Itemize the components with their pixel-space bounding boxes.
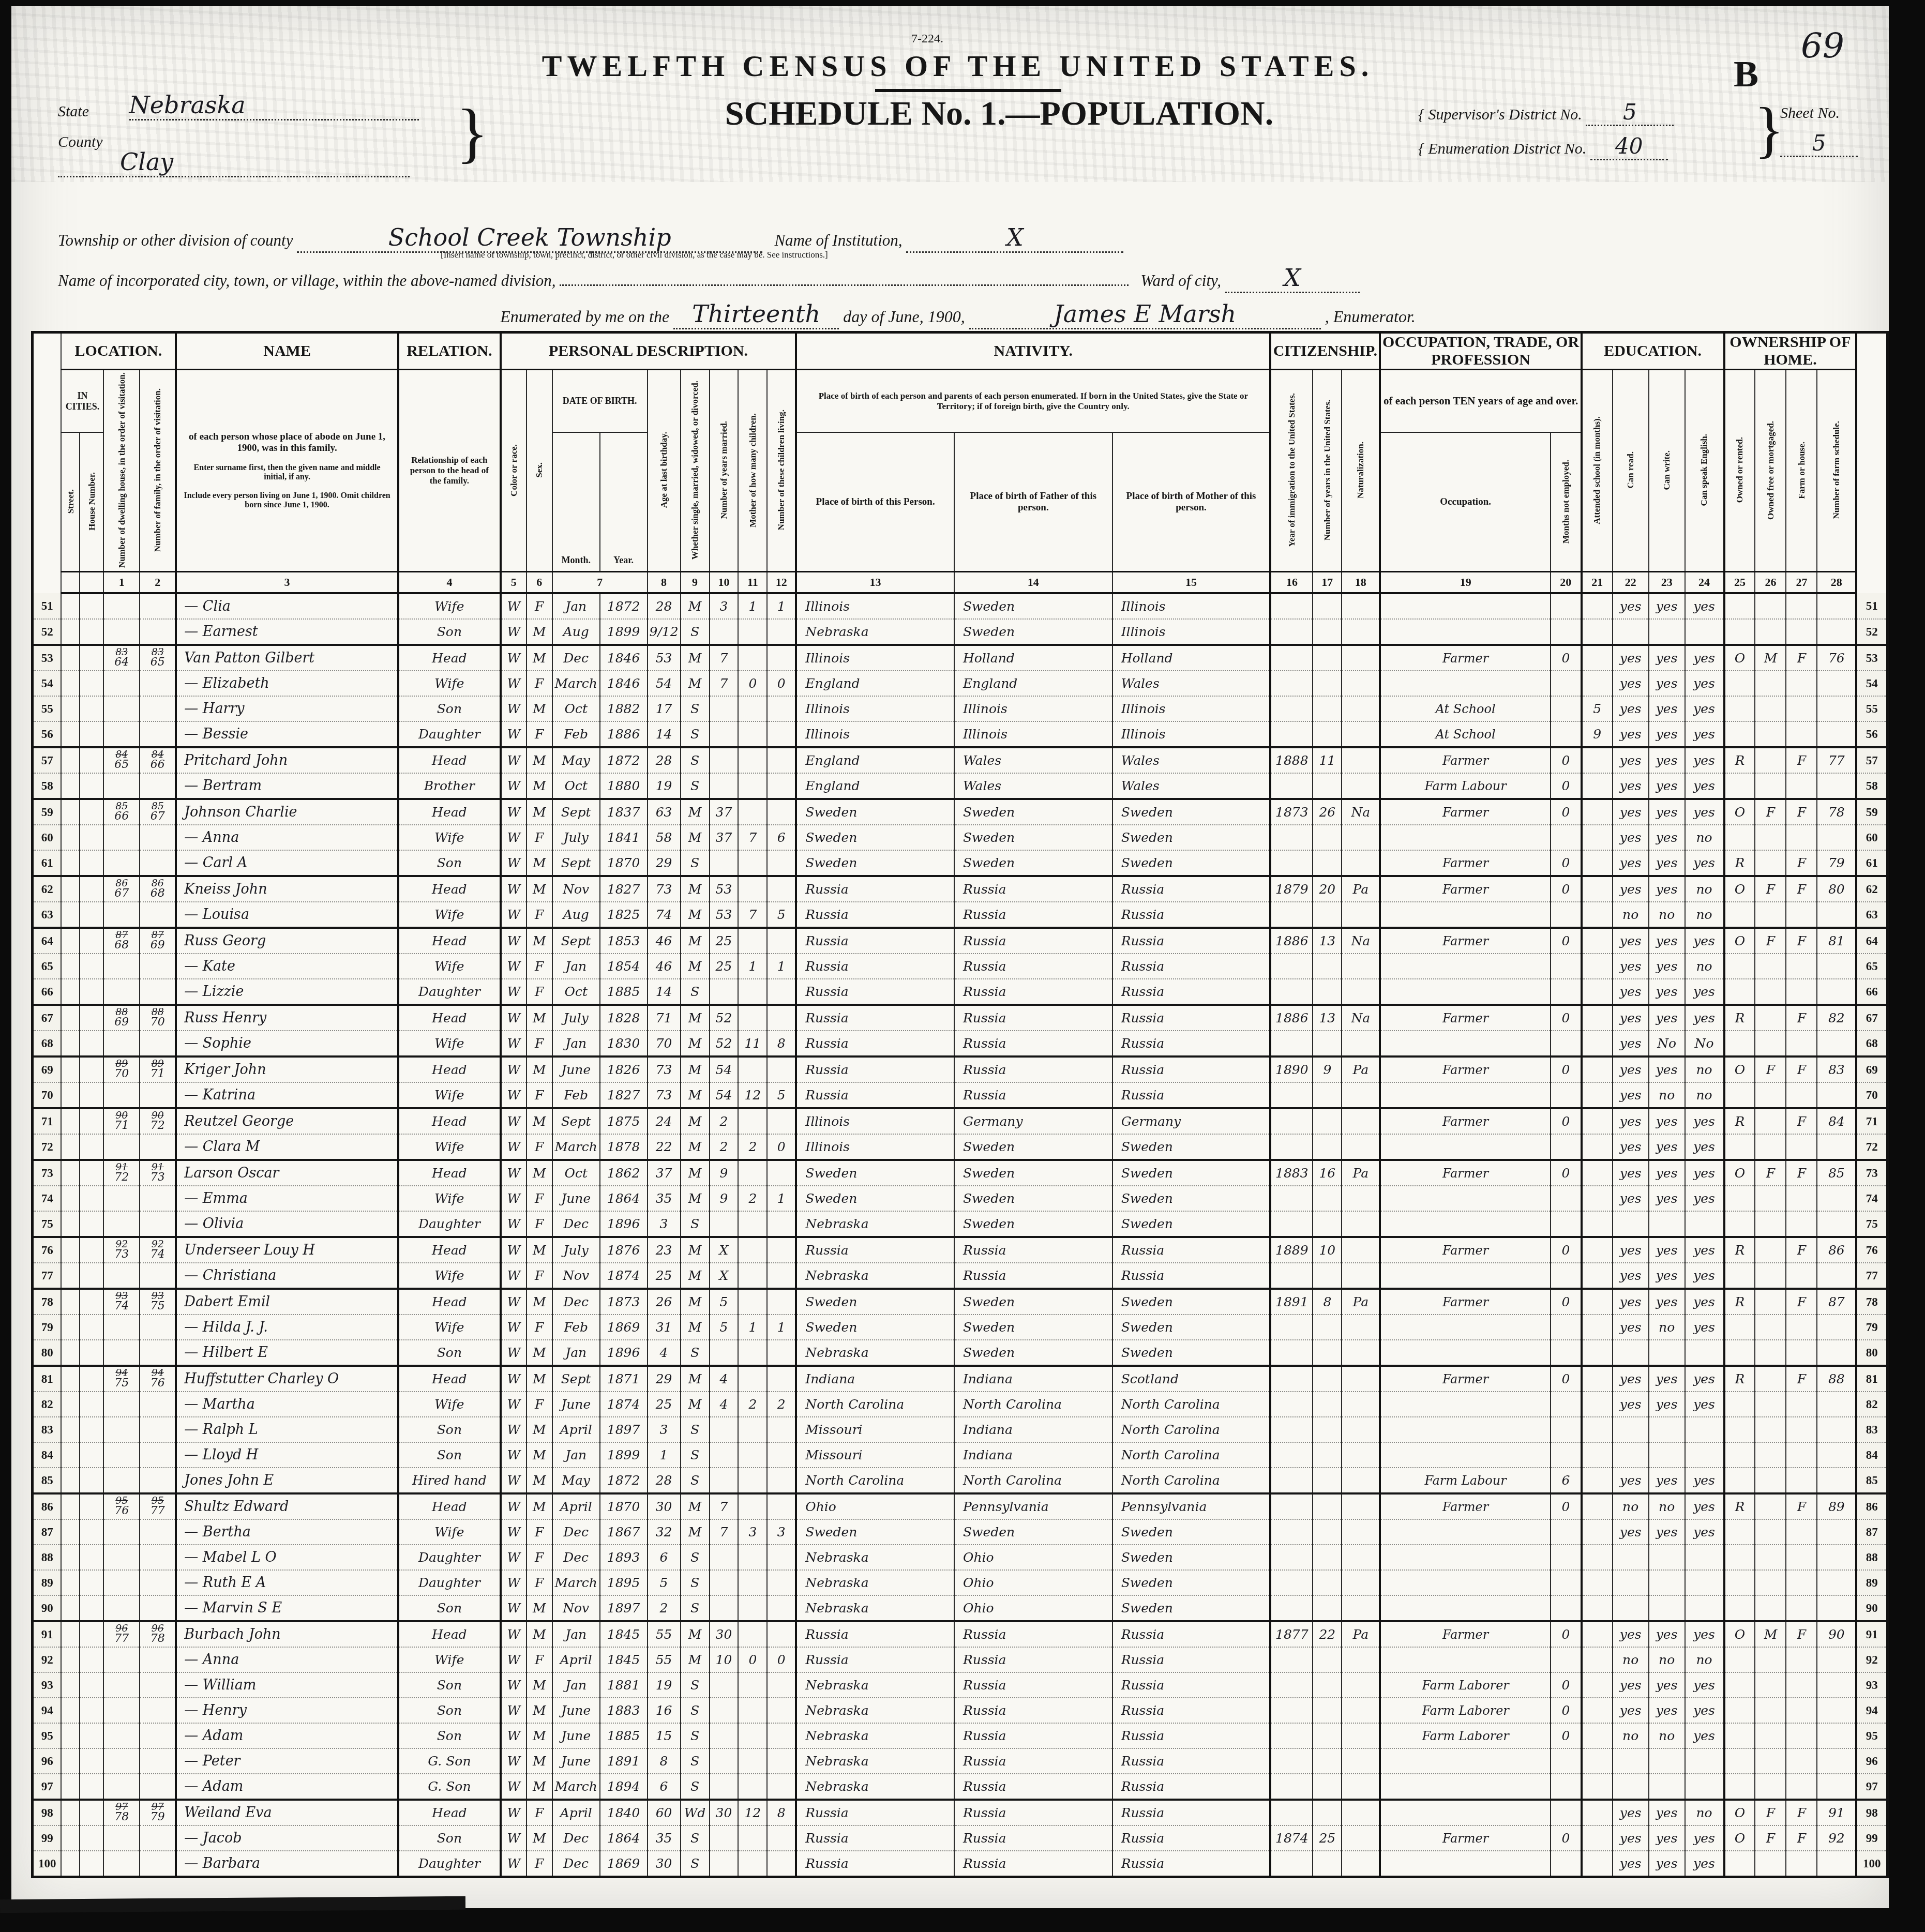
state-label: State [58,103,125,120]
cell-sex: F [527,1851,552,1877]
cell-cl [767,1442,796,1468]
cell-dw [103,721,140,747]
cell-mar: S [681,1595,710,1621]
cell-line-number-right: 54 [1856,671,1887,696]
cell-yus: 13 [1313,928,1342,954]
cell-age: 73 [648,876,681,902]
cell-line-number-right: 82 [1856,1392,1887,1417]
cell-fm [1755,773,1786,799]
cell-wr: yes [1649,1519,1685,1545]
colnum-7: 7 [552,572,648,594]
cell-hn [80,645,103,671]
cell-mar: M [681,799,710,825]
cell-col: W [501,593,527,619]
colnum-14: 14 [954,572,1112,594]
cell-imm [1270,1493,1313,1519]
cell-yr: 1845 [600,1647,648,1672]
cell-yus [1313,1595,1342,1621]
cell-mb [738,799,767,825]
cell-imm [1270,773,1313,799]
table-row: 7190719072Reutzel GeorgeHeadWMSept187524… [33,1108,1888,1134]
cell-st [61,1748,80,1774]
cell-fam [140,1211,176,1237]
cell-rel: Son [398,1417,501,1442]
table-row: 6487688769Russ GeorgHeadWMSept185346M25R… [33,928,1888,954]
table-row: 5383648365Van Patton GilbertHeadWMDec184… [33,645,1888,671]
cell-nat [1342,1315,1380,1340]
cell-wr [1649,1748,1685,1774]
state-value: Nebraska [129,91,419,120]
cell-own [1724,1031,1755,1056]
cell-en [1685,1545,1724,1570]
cell-wr: yes [1649,773,1685,799]
cell-fsn [1817,1082,1856,1108]
table-row: 51— CliaWifeWFJan187228M311IllinoisSwede… [33,593,1888,619]
cell-col: W [501,1519,527,1545]
cell-ym [710,696,739,721]
cell-fsn [1817,1570,1856,1595]
cell-st [61,954,80,979]
cell-yr: 1867 [600,1519,648,1545]
cell-ym: 9 [710,1160,739,1186]
cell-sch: 5 [1582,696,1613,721]
cell-fam [140,1315,176,1340]
cell-age: 15 [648,1723,681,1748]
cell-occ: Farmer [1380,1621,1551,1647]
cell-imm [1270,1545,1313,1570]
cell-fam [140,1851,176,1877]
cell-hn [80,979,103,1005]
cell-nat [1342,1698,1380,1723]
cell-name: Russ Georg [176,928,398,954]
cell-name: — Ralph L [176,1417,398,1442]
cell-dw: 8364 [103,645,140,671]
cell-ym [710,1698,739,1723]
occupation-note: of each person TEN years of age and over… [1380,370,1581,433]
cell-st [61,850,80,876]
cell-rd: yes [1613,1108,1649,1134]
cell-yr: 1825 [600,902,648,928]
cell-fh [1786,1134,1817,1160]
cell-rel: Daughter [398,979,501,1005]
table-row: 61— Carl ASonWMSept187029SSwedenSwedenSw… [33,850,1888,876]
cell-nat [1342,1186,1380,1211]
cell-own [1724,1519,1755,1545]
table-row: 6788698870Russ HenryHeadWMJuly182871M52R… [33,1005,1888,1031]
line-number-column-left [33,333,62,594]
cell-mb [738,1237,767,1263]
cell-mb: 0 [738,1647,767,1672]
cell-yr: 1840 [600,1800,648,1825]
cell-hn [80,1442,103,1468]
section-citizenship: CITIZENSHIP. [1270,333,1380,370]
cell-mne: 0 [1551,1825,1582,1851]
cell-mne [1551,1186,1582,1211]
cell-rd: yes [1613,1134,1649,1160]
cell-fam: 9779 [140,1800,176,1825]
cell-pob: Nebraska [796,619,954,645]
cell-sex: M [527,1468,552,1493]
cell-fh [1786,1417,1817,1442]
cell-wr: yes [1649,850,1685,876]
cell-fsn [1817,721,1856,747]
cell-fsn [1817,902,1856,928]
cell-mb [738,1263,767,1289]
cell-fsn: 79 [1817,850,1856,876]
cell-fh [1786,1082,1817,1108]
cell-mb [738,619,767,645]
cell-pom: Sweden [1112,1315,1271,1340]
cell-sex: M [527,1595,552,1621]
cell-fh [1786,671,1817,696]
cell-own [1724,1698,1755,1723]
cell-mar: M [681,1005,710,1031]
cell-sch [1582,1825,1613,1851]
cell-en [1685,1442,1724,1468]
cell-own [1724,1595,1755,1621]
cell-rd: yes [1613,850,1649,876]
cell-occ: Farmer [1380,1237,1551,1263]
cell-mar: M [681,1134,710,1160]
col-dwelling-number: Number of dwelling house, in the order o… [103,370,140,572]
cell-fam: 9577 [140,1493,176,1519]
cell-mar: S [681,1442,710,1468]
cell-cl [767,1825,796,1851]
cell-fh: F [1786,876,1817,902]
cell-cl [767,1468,796,1493]
cell-dw [103,671,140,696]
cell-pob: Russia [796,1851,954,1877]
cell-mne [1551,825,1582,850]
cell-col: W [501,1211,527,1237]
cell-fsn [1817,1851,1856,1877]
cell-line-number-right: 85 [1856,1468,1887,1493]
cell-nat [1342,1392,1380,1417]
cell-line-number-right: 76 [1856,1237,1887,1263]
cell-fam [140,1774,176,1800]
institution-value: X [906,223,1123,253]
cell-ym: 25 [710,954,739,979]
cell-rd: yes [1613,799,1649,825]
city-line: Name of incorporated city, town, or vill… [58,264,1868,293]
cell-ym: 7 [710,671,739,696]
cell-dw: 8869 [103,1005,140,1031]
cell-occ [1380,954,1551,979]
cell-pof: Sweden [954,1340,1112,1366]
cell-rel: Wife [398,1315,501,1340]
cell-sex: F [527,1545,552,1570]
cell-yus [1313,902,1342,928]
cell-yr: 1897 [600,1595,648,1621]
cell-dw [103,1186,140,1211]
cell-wr [1649,1545,1685,1570]
table-row: 85Jones John EHired handWMMay187228SNort… [33,1468,1888,1493]
cell-line-number: 55 [33,696,62,721]
cell-wr [1649,1417,1685,1442]
cell-imm [1270,1672,1313,1698]
cell-mo: Jan [552,1621,600,1647]
colnum-19: 19 [1380,572,1551,594]
cell-mo: July [552,1237,600,1263]
cell-imm [1270,1748,1313,1774]
cell-fam [140,1672,176,1698]
cell-mo: Aug [552,619,600,645]
cell-ym [710,1595,739,1621]
cell-en: yes [1685,696,1724,721]
cell-fam [140,825,176,850]
cell-line-number-right: 94 [1856,1698,1887,1723]
cell-line-number: 83 [33,1417,62,1442]
cell-line-number-right: 72 [1856,1134,1887,1160]
cell-imm [1270,1519,1313,1545]
cell-hn [80,1545,103,1570]
cell-yr: 1830 [600,1031,648,1056]
cell-yus [1313,1647,1342,1672]
cell-fm [1755,1442,1786,1468]
cell-pom: North Carolina [1112,1442,1271,1468]
cell-ym: 5 [710,1289,739,1315]
cell-mb: 12 [738,1800,767,1825]
cell-rel: Daughter [398,721,501,747]
cell-fam [140,1417,176,1442]
section-occupation: OCCUPATION, TRADE, OR PROFESSION [1380,333,1581,370]
cell-en: yes [1685,1005,1724,1031]
cell-mne [1551,1851,1582,1877]
cell-fsn [1817,1186,1856,1211]
cell-cl [767,1774,796,1800]
cell-fam: 8971 [140,1056,176,1082]
cell-mne [1551,1340,1582,1366]
cell-yr: 1827 [600,876,648,902]
cell-occ: At School [1380,721,1551,747]
cell-yus [1313,671,1342,696]
cell-mne: 0 [1551,1237,1582,1263]
cell-dw [103,1748,140,1774]
cell-nat [1342,1134,1380,1160]
cell-occ: Farmer [1380,928,1551,954]
cell-pob: Missouri [796,1442,954,1468]
cell-rel: Son [398,1723,501,1748]
cell-fh: F [1786,1056,1817,1082]
cell-rel: Head [398,1005,501,1031]
cell-fsn: 88 [1817,1366,1856,1392]
cell-line-number: 94 [33,1698,62,1723]
table-row: 68— SophieWifeWFJan183070M52118RussiaRus… [33,1031,1888,1056]
cell-pob: Ohio [796,1493,954,1519]
cell-pof: Sweden [954,1211,1112,1237]
cell-mo: Oct [552,1160,600,1186]
cell-cl: 1 [767,1315,796,1340]
cell-imm [1270,1082,1313,1108]
cell-line-number-right: 73 [1856,1160,1887,1186]
cell-rd: yes [1613,1468,1649,1493]
cell-sch [1582,645,1613,671]
cell-col: W [501,1289,527,1315]
cell-rel: Son [398,850,501,876]
cell-line-number: 88 [33,1545,62,1570]
cell-occ [1380,1519,1551,1545]
cell-en: No [1685,1031,1724,1056]
cell-rd: yes [1613,1392,1649,1417]
table-row: 5985668567Johnson CharlieHeadWMSept18376… [33,799,1888,825]
cell-cl [767,1366,796,1392]
cell-mne: 0 [1551,1493,1582,1519]
cell-cl [767,1340,796,1366]
cell-line-number-right: 58 [1856,773,1887,799]
colnum-22: 22 [1613,572,1649,594]
cell-rd [1613,1570,1649,1595]
col-can-speak-english: Can speak English. [1685,370,1724,572]
cell-fam [140,979,176,1005]
cell-yr: 1874 [600,1263,648,1289]
cell-occ [1380,671,1551,696]
cell-line-number-right: 70 [1856,1082,1887,1108]
cell-hn [80,1825,103,1851]
cell-dw: 8970 [103,1056,140,1082]
cell-fam: 9173 [140,1160,176,1186]
cell-rd: yes [1613,1082,1649,1108]
cell-nat [1342,1237,1380,1263]
cell-rel: Wife [398,671,501,696]
cell-age: 14 [648,979,681,1005]
cell-hn [80,876,103,902]
cell-dw [103,1825,140,1851]
cell-pom: Russia [1112,1851,1271,1877]
cell-st [61,593,80,619]
cell-mo: Oct [552,979,600,1005]
cell-pob: North Carolina [796,1392,954,1417]
cell-age: 16 [648,1698,681,1723]
cell-pom: North Carolina [1112,1468,1271,1493]
cell-sex: M [527,1748,552,1774]
cell-mo: Jan [552,1442,600,1468]
cell-mne [1551,1570,1582,1595]
cell-col: W [501,1570,527,1595]
cell-st [61,1005,80,1031]
cell-en [1685,1417,1724,1442]
cell-mar: S [681,696,710,721]
cell-fh [1786,1748,1817,1774]
cell-imm [1270,1774,1313,1800]
cell-st [61,1289,80,1315]
cell-en: yes [1685,979,1724,1005]
cell-fm [1755,1289,1786,1315]
cell-occ: Farmer [1380,1160,1551,1186]
cell-hn [80,850,103,876]
cell-fh [1786,1263,1817,1289]
cell-pof: Sweden [954,1519,1112,1545]
cell-sch [1582,799,1613,825]
cell-line-number: 67 [33,1005,62,1031]
cell-en: no [1685,1800,1724,1825]
table-row: 66— LizzieDaughterWFOct188514SRussiaRuss… [33,979,1888,1005]
cell-sex: M [527,645,552,671]
cell-col: W [501,1108,527,1134]
cell-line-number: 54 [33,671,62,696]
cell-dw: 8768 [103,928,140,954]
cell-st [61,1595,80,1621]
cell-occ: Farmer [1380,1825,1551,1851]
cell-cl [767,1211,796,1237]
cell-imm: 1886 [1270,928,1313,954]
cell-line-number-right: 91 [1856,1621,1887,1647]
cell-fam [140,1134,176,1160]
table-row: 100— BarbaraDaughterWFDec186930SRussiaRu… [33,1851,1888,1877]
cell-mo: Sept [552,1366,600,1392]
cell-name: Johnson Charlie [176,799,398,825]
cell-fam [140,1595,176,1621]
cell-fm [1755,1774,1786,1800]
cell-pof: Indiana [954,1417,1112,1442]
cell-fm: F [1755,1160,1786,1186]
cell-fam [140,1340,176,1366]
cell-fm [1755,721,1786,747]
cell-occ [1380,1647,1551,1672]
table-row: 55— HarrySonWMOct188217SIllinoisIllinois… [33,696,1888,721]
cell-age: 55 [648,1647,681,1672]
cell-mar: M [681,1647,710,1672]
cell-st [61,1366,80,1392]
cell-fh: F [1786,1108,1817,1134]
cell-occ [1380,1851,1551,1877]
cell-mar: S [681,1570,710,1595]
cell-pob: Russia [796,902,954,928]
cell-ym [710,1851,739,1877]
table-row: 95— AdamSonWMJune188515SNebraskaRussiaRu… [33,1723,1888,1748]
form-code: 7-224. [911,32,943,46]
cell-own [1724,1082,1755,1108]
col-can-read: Can read. [1613,370,1649,572]
col-in-cities: IN CITIES. [61,370,103,433]
cell-rd: yes [1613,928,1649,954]
cell-hn [80,1289,103,1315]
colnum-13: 13 [796,572,954,594]
cell-dw [103,1417,140,1442]
cell-line-number-right: 74 [1856,1186,1887,1211]
cell-fm [1755,1468,1786,1493]
cell-own [1724,1417,1755,1442]
cell-col: W [501,1186,527,1211]
cell-pof: Russia [954,1800,1112,1825]
cell-age: 46 [648,928,681,954]
cell-pof: England [954,671,1112,696]
left-brace: } [456,94,488,172]
cell-own [1724,1392,1755,1417]
cell-line-number: 100 [33,1851,62,1877]
cell-own: O [1724,1056,1755,1082]
cell-yus: 25 [1313,1825,1342,1851]
cell-age: 3 [648,1417,681,1442]
cell-nat [1342,902,1380,928]
cell-pom: Scotland [1112,1366,1271,1392]
cell-pof: Russia [954,1825,1112,1851]
cell-mb [738,1005,767,1031]
cell-line-number-right: 77 [1856,1263,1887,1289]
cell-dw [103,773,140,799]
cell-rd: yes [1613,1621,1649,1647]
colnum-1: 1 [103,572,140,594]
cell-occ [1380,1315,1551,1340]
cell-wr: yes [1649,799,1685,825]
cell-col: W [501,1082,527,1108]
cell-pof: Indiana [954,1442,1112,1468]
cell-pom: Illinois [1112,593,1271,619]
cell-fam [140,593,176,619]
cell-nat [1342,1774,1380,1800]
cell-mne [1551,1774,1582,1800]
cell-fsn: 80 [1817,876,1856,902]
cell-line-number: 59 [33,799,62,825]
